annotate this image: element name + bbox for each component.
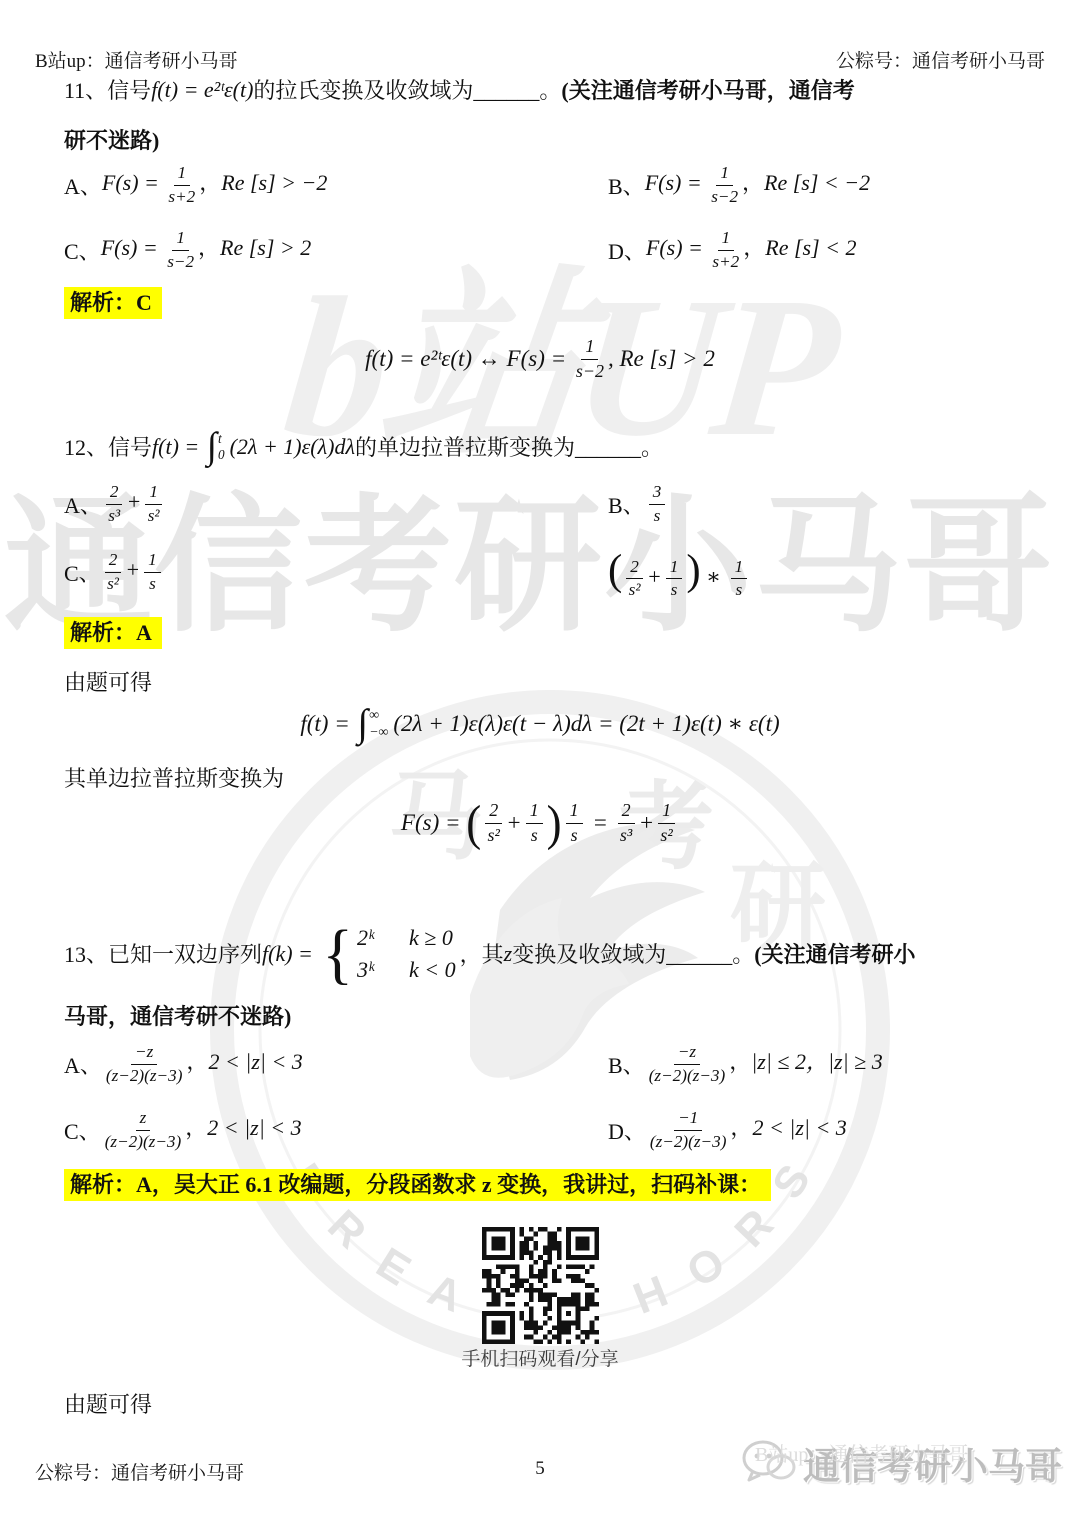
q11-solution-formula: f(t) = e²ᵗε(t) ↔ F(s) = 1s−2, Re [s] > 2 bbox=[0, 336, 1080, 382]
q11-text-line2: 研不迷路) bbox=[64, 124, 159, 155]
q13-option-b: B、−z(z−2)(z−3)，|z| ≤ 2，|z| ≥ 3 bbox=[608, 1042, 883, 1086]
q11-option-d: D、F(s) = 1s+2，Re [s] < 2 bbox=[608, 228, 856, 272]
qr-code bbox=[482, 1227, 599, 1349]
q12-analysis-row: 解析：A bbox=[64, 616, 162, 647]
q13-option-d: D、−1(z−2)(z−3)，2 < |z| < 3 bbox=[608, 1108, 847, 1152]
footer-page-number: 5 bbox=[0, 1458, 1080, 1480]
q12-option-c-math: 2s²+1s bbox=[101, 550, 165, 594]
q13-option-d-math: −1(z−2)(z−3)，2 < |z| < 3 bbox=[646, 1108, 847, 1152]
q12-option-b: B、3s bbox=[608, 482, 669, 526]
q13-option-b-label: B、 bbox=[608, 1049, 645, 1080]
svg-text:H O R S E: H O R S E bbox=[170, 660, 825, 1324]
q12-option-a-math: 2s³+1s² bbox=[102, 482, 166, 526]
q11-analysis-highlight: 解析：C bbox=[64, 287, 162, 319]
q13-analysis-row: 解析：A，吴大正 6.1 改编题，分段函数求 z 变换，我讲过，扫码补课： bbox=[64, 1168, 771, 1199]
q11-option-b-label: B、 bbox=[608, 170, 645, 201]
q13-analysis-highlight: 解析：A，吴大正 6.1 改编题，分段函数求 z 变换，我讲过，扫码补课： bbox=[64, 1169, 771, 1201]
q11-option-b: B、F(s) = 1s−2，Re [s] < −2 bbox=[608, 163, 870, 207]
q11-analysis-row: 解析：C bbox=[64, 286, 162, 317]
q11-option-b-math: F(s) = 1s−2，Re [s] < −2 bbox=[645, 163, 870, 207]
q13-option-a-label: A、 bbox=[64, 1049, 102, 1080]
q13-option-c-math: z(z−2)(z−3)，2 < |z| < 3 bbox=[101, 1108, 302, 1152]
q12-option-a: A、2s³+1s² bbox=[64, 482, 166, 526]
q12-option-d-math: (2s²+1s) ∗ 1s bbox=[608, 550, 751, 601]
q11-option-d-math: F(s) = 1s+2，Re [s] < 2 bbox=[646, 228, 857, 272]
q11-text-line1: 11、信号f(t) = e²ᵗε(t)的拉氏变换及收敛域为______。(关注通… bbox=[64, 74, 855, 105]
q13-option-d-label: D、 bbox=[608, 1115, 646, 1146]
q11-option-c: C、F(s) = 1s−2，Re [s] > 2 bbox=[64, 228, 311, 272]
q13-derive-label: 由题可得 bbox=[64, 1388, 152, 1419]
q12-analysis-highlight: 解析：A bbox=[64, 617, 162, 649]
q11-option-d-label: D、 bbox=[608, 235, 646, 266]
q11-option-c-label: C、 bbox=[64, 235, 101, 266]
q12-option-b-label: B、 bbox=[608, 489, 645, 520]
header-left-bilibili: B站up：通信考研小马哥 bbox=[35, 46, 238, 73]
q12-option-b-math: 3s bbox=[645, 482, 670, 526]
q12-derive-label: 由题可得 bbox=[64, 666, 152, 697]
q12-option-c-label: C、 bbox=[64, 557, 101, 588]
q13-option-a-math: −z(z−2)(z−3)，2 < |z| < 3 bbox=[102, 1042, 303, 1086]
q13-option-a: A、−z(z−2)(z−3)，2 < |z| < 3 bbox=[64, 1042, 303, 1086]
q13-text-line1: 13、已知一双边序列f(k) = {2ᵏk ≥ 03ᵏk < 0，其z变换及收敛… bbox=[64, 922, 916, 986]
q12-work-formula-1: f(t) = ∫∞−∞(2λ + 1)ε(λ)ε(t − λ)dλ = (2t … bbox=[0, 704, 1080, 743]
ring-text-horse: H O R S E bbox=[170, 660, 825, 1324]
q12-text-line1: 12、信号f(t) = ∫t0(2λ + 1)ε(λ)dλ的单边拉普拉斯变换为_… bbox=[64, 428, 663, 465]
header-right-wechat: 公粽号：通信考研小马哥 bbox=[836, 46, 1045, 73]
q12-option-a-label: A、 bbox=[64, 489, 102, 520]
q13-option-b-math: −z(z−2)(z−3)，|z| ≤ 2，|z| ≥ 3 bbox=[645, 1042, 883, 1086]
q12-work-formula-2: F(s) = (2s²+1s)1s = 2s³+1s² bbox=[0, 800, 1080, 846]
qr-caption: 手机扫码观看/分享 bbox=[0, 1344, 1080, 1371]
q11-option-a: A、F(s) = 1s+2，Re [s] > −2 bbox=[64, 163, 327, 207]
document-page: b站UP 通信考研小马哥 马 考 研 D R E A M H O R S E B… bbox=[0, 0, 1080, 1527]
q11-option-a-label: A、 bbox=[64, 170, 102, 201]
q11-option-c-math: F(s) = 1s−2，Re [s] > 2 bbox=[101, 228, 312, 272]
q11-option-a-math: F(s) = 1s+2，Re [s] > −2 bbox=[102, 163, 327, 207]
q13-option-c-label: C、 bbox=[64, 1115, 101, 1146]
q12-unilateral-label: 其单边拉普拉斯变换为 bbox=[64, 762, 284, 793]
q12-option-d: (2s²+1s) ∗ 1s bbox=[608, 550, 751, 601]
q13-option-c: C、z(z−2)(z−3)，2 < |z| < 3 bbox=[64, 1108, 302, 1152]
q12-option-c: C、2s²+1s bbox=[64, 550, 165, 594]
q13-text-line2: 马哥，通信考研不迷路) bbox=[64, 1000, 291, 1031]
